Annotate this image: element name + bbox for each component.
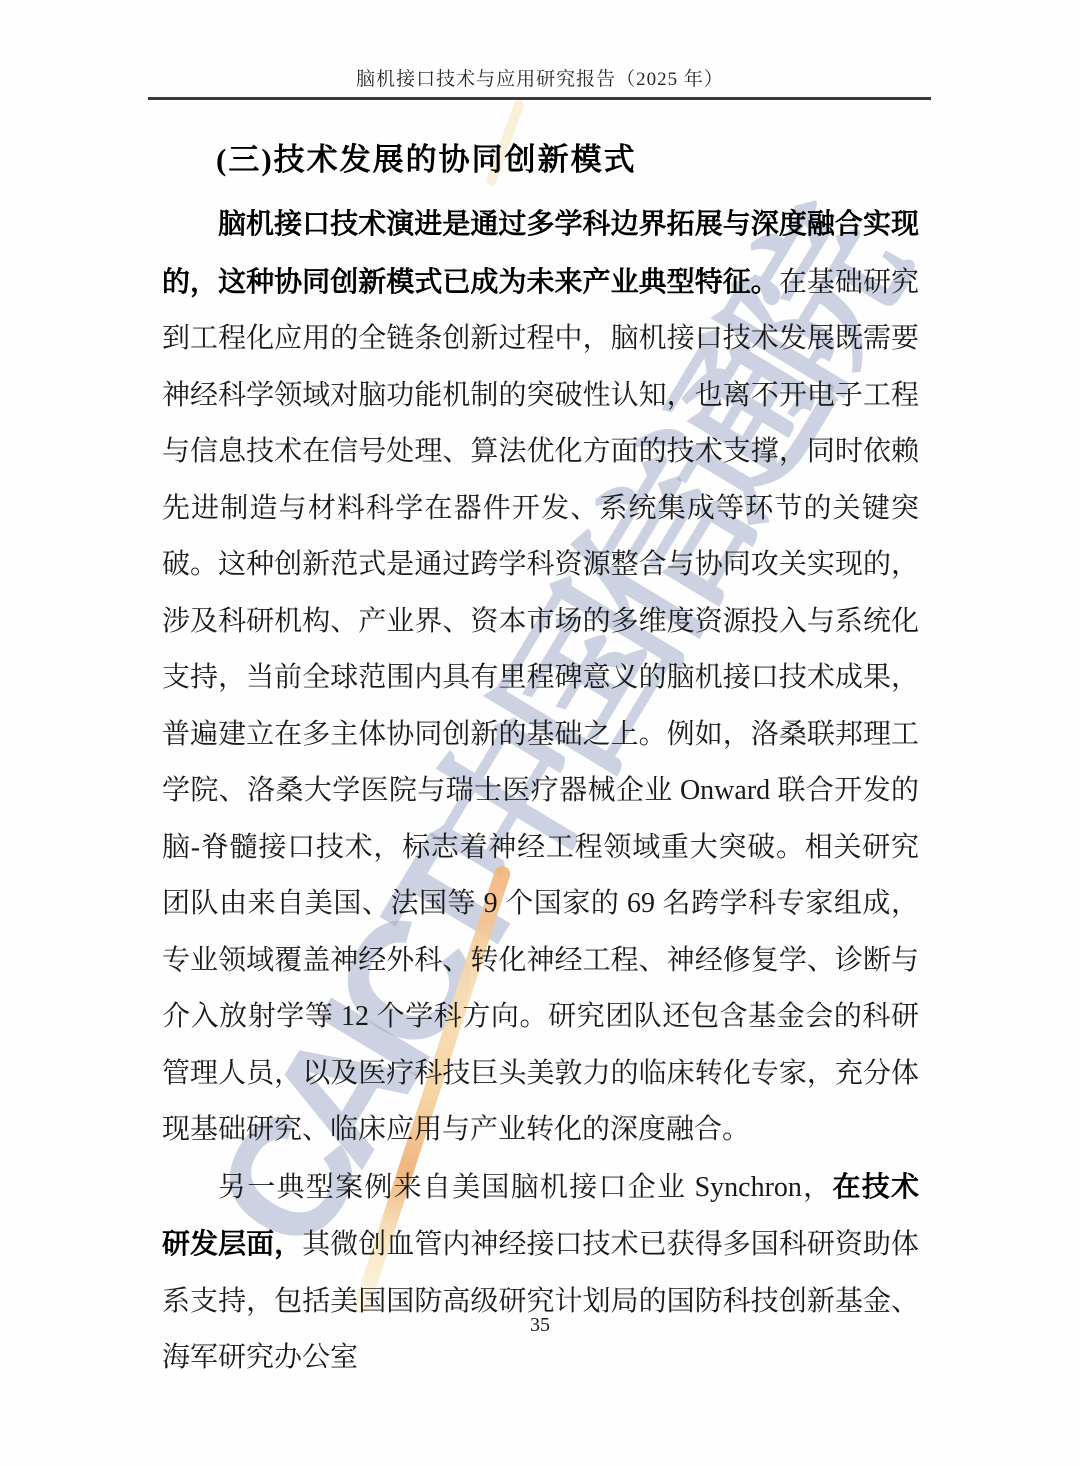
document-page: CAICT中国信通院 脑机接口技术与应用研究报告（2025 年） (三)技术发展… <box>0 0 1080 1466</box>
page-number: 35 <box>530 1314 550 1336</box>
paragraph: 另一典型案例来自美国脑机接口企业 Synchron，在技术研发层面，其微创血管内… <box>162 1159 919 1387</box>
text-run: 在基础研究到工程化应用的全链条创新过程中，脑机接口技术发展既需要神经科学领域对脑… <box>162 267 919 1146</box>
running-header-title: 脑机接口技术与应用研究报告（2025 年） <box>0 64 1080 91</box>
body-paragraphs: 脑机接口技术演进是通过多学科边界拓展与深度融合实现的，这种协同创新模式已成为未来… <box>162 196 919 1387</box>
page-footer: 35 <box>0 1314 1080 1337</box>
text-run: 另一典型案例来自美国脑机接口企业 Synchron， <box>218 1172 832 1203</box>
header-rule <box>148 97 931 100</box>
section-heading: (三)技术发展的协同创新模式 <box>216 134 637 179</box>
page-content: (三)技术发展的协同创新模式 脑机接口技术演进是通过多学科边界拓展与深度融合实现… <box>0 0 1080 1466</box>
paragraph: 脑机接口技术演进是通过多学科边界拓展与深度融合实现的，这种协同创新模式已成为未来… <box>162 196 919 1159</box>
